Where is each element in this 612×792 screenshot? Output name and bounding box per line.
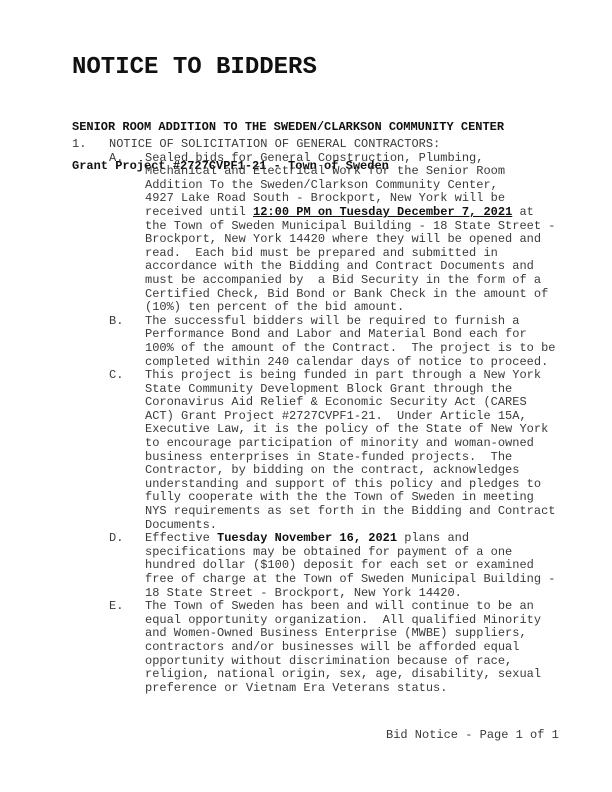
text-line: 100% of the amount of the Contract. The … — [145, 342, 572, 356]
text-line: preference or Vietnam Era Veterans statu… — [145, 682, 572, 696]
section-heading: NOTICE OF SOLICITATION OF GENERAL CONTRA… — [109, 138, 440, 152]
text-line: Addition To the Sweden/Clarkson Communit… — [145, 179, 572, 193]
text-line: Performance Bond and Labor and Material … — [145, 328, 572, 342]
text-line: equal opportunity organization. All qual… — [145, 614, 572, 628]
text-line: (10%) ten percent of the bid amount. — [145, 301, 572, 315]
text-line: Documents. — [145, 519, 572, 533]
item-letter: B. — [109, 315, 145, 369]
text-line: ACT) Grant Project #2727CVPF1-21. Under … — [145, 410, 572, 424]
text-line: the Town of Sweden Municipal Building - … — [145, 220, 572, 234]
item-a: A. Sealed bids for General Construction,… — [109, 152, 572, 315]
text-line: Mechanical and Electrical Work for the S… — [145, 165, 572, 179]
text-line: State Community Development Block Grant … — [145, 383, 572, 397]
text-line: and Women-Owned Business Enterprise (MWB… — [145, 627, 572, 641]
text-line: Coronavirus Aid Relief & Economic Securi… — [145, 396, 572, 410]
section-heading-row: 1. NOTICE OF SOLICITATION OF GENERAL CON… — [72, 138, 572, 152]
section-number: 1. — [72, 138, 109, 152]
text-line: Executive Law, it is the policy of the S… — [145, 423, 572, 437]
text-line: understanding and support of this policy… — [145, 478, 572, 492]
item-e: E. The Town of Sweden has been and will … — [109, 600, 572, 695]
text-line: Sealed bids for General Construction, Pl… — [145, 152, 572, 166]
page-footer: Bid Notice - Page 1 of 1 — [386, 728, 559, 742]
text-line: The Town of Sweden has been and will con… — [145, 600, 572, 614]
text-line: accordance with the Bidding and Contract… — [145, 260, 572, 274]
item-letter: E. — [109, 600, 145, 695]
effective-date-line: Effective Tuesday November 16, 2021 plan… — [145, 532, 572, 546]
text-line: 4927 Lake Road South - Brockport, New Yo… — [145, 192, 572, 206]
text-line: hundred dollar ($100) deposit for each s… — [145, 559, 572, 573]
deadline-line: received until 12:00 PM on Tuesday Decem… — [145, 206, 572, 220]
text-line: to encourage participation of minority a… — [145, 437, 572, 451]
text-line: NYS requirements as set forth in the Bid… — [145, 505, 572, 519]
deadline-suffix: at — [512, 205, 534, 219]
text-line: read. Each bid must be prepared and subm… — [145, 247, 572, 261]
text-line: opportunity without discrimination becau… — [145, 655, 572, 669]
item-letter: D. — [109, 532, 145, 600]
document-page: NOTICE TO BIDDERS SENIOR ROOM ADDITION T… — [0, 0, 612, 792]
item-letter: C. — [109, 369, 145, 532]
text-line: religion, national origin, sex, age, dis… — [145, 668, 572, 682]
text-line: fully cooperate with the the Town of Swe… — [145, 491, 572, 505]
item-c: C. This project is being funded in part … — [109, 369, 572, 532]
effective-date: Tuesday November 16, 2021 — [217, 531, 397, 545]
document-title: NOTICE TO BIDDERS — [72, 55, 317, 81]
text-line: Brockport, New York 14420 where they wil… — [145, 233, 572, 247]
text-line: specifications may be obtained for payme… — [145, 546, 572, 560]
text-line: 18 State Street - Brockport, New York 14… — [145, 587, 572, 601]
text-line: must be accompanied by a Bid Security in… — [145, 274, 572, 288]
item-e-body: The Town of Sweden has been and will con… — [145, 600, 572, 695]
section-1: 1. NOTICE OF SOLICITATION OF GENERAL CON… — [72, 138, 572, 695]
item-a-body: Sealed bids for General Construction, Pl… — [145, 152, 572, 315]
project-name: SENIOR ROOM ADDITION TO THE SWEDEN/CLARK… — [72, 121, 504, 134]
text-line: This project is being funded in part thr… — [145, 369, 572, 383]
bid-deadline: 12:00 PM on Tuesday December 7, 2021 — [253, 205, 512, 219]
item-c-body: This project is being funded in part thr… — [145, 369, 572, 532]
text-line: completed within 240 calendar days of no… — [145, 356, 572, 370]
text-line: Certified Check, Bid Bond or Bank Check … — [145, 288, 572, 302]
text-line: business enterprises in State-funded pro… — [145, 451, 572, 465]
deadline-prefix: received until — [145, 205, 253, 219]
effective-prefix: Effective — [145, 531, 217, 545]
text-line: contractors and/or businesses will be af… — [145, 641, 572, 655]
item-d-body: Effective Tuesday November 16, 2021 plan… — [145, 532, 572, 600]
item-d: D. Effective Tuesday November 16, 2021 p… — [109, 532, 572, 600]
item-letter: A. — [109, 152, 145, 315]
effective-suffix: plans and — [397, 531, 469, 545]
text-line: Contractor, by bidding on the contract, … — [145, 464, 572, 478]
text-line: The successful bidders will be required … — [145, 315, 572, 329]
text-line: free of charge at the Town of Sweden Mun… — [145, 573, 572, 587]
item-b-body: The successful bidders will be required … — [145, 315, 572, 369]
item-b: B. The successful bidders will be requir… — [109, 315, 572, 369]
